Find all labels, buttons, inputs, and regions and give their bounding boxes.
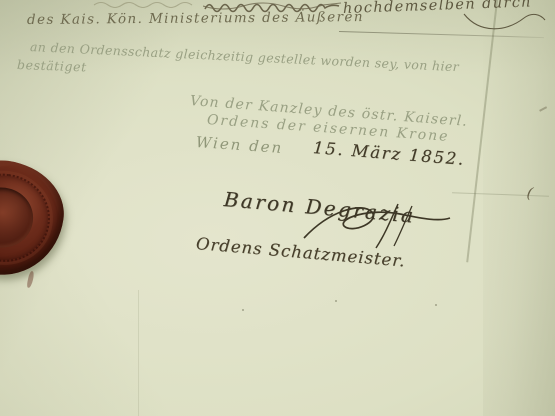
paper-speck — [435, 304, 437, 306]
cropped-line-fragment — [92, 0, 204, 8]
confirmation-line-continued: bestätiget — [17, 59, 87, 74]
underlying-page-shade — [483, 0, 555, 416]
paper-speck — [335, 300, 337, 302]
document-photo: hochdemselben durch des Kais. Kön. Minis… — [0, 0, 555, 416]
ministry-line: des Kais. Kön. Ministeriums des Äußeren — [27, 11, 364, 27]
pen-flourish — [462, 8, 548, 38]
vertical-crease — [138, 290, 139, 416]
paper-speck — [242, 309, 244, 311]
